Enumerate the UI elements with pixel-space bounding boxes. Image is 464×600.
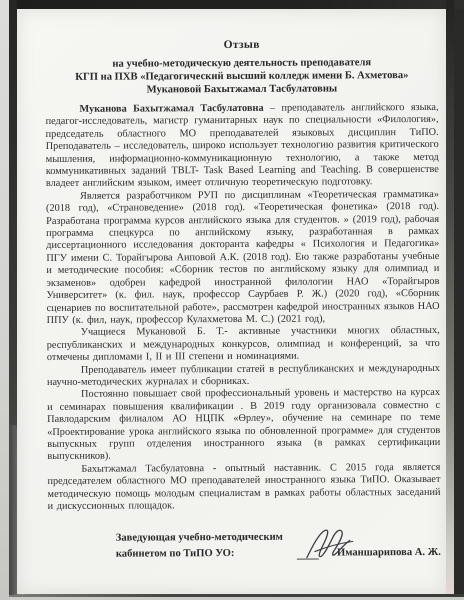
subtitle-line-3: Мукановой Бахытжамал Тасбулатовны: [45, 82, 438, 97]
document-body: Муканова Бахытжамал Тасбулатовна – препо…: [45, 102, 440, 513]
signature-field: [297, 528, 323, 562]
scan-edge-left-light: [0, 0, 9, 600]
paragraph-training: Постоянно повышает свой профессиональный…: [47, 387, 440, 463]
signature-block: Заведующая учебно-методическим кабинетом…: [116, 527, 441, 563]
scan-edge-right-dark: [446, 0, 454, 600]
subtitle-line-2: КГП на ПХВ «Педагогический высший коллед…: [45, 69, 438, 84]
paragraph-intro-text: – преподаватель английского языка, педаг…: [46, 102, 439, 189]
scan-edge-right-light: [454, 0, 464, 600]
paragraph-mentorship: Бахытжамал Тасбулатовна - опытный настав…: [47, 462, 440, 514]
paragraph-curricula: Является разработчиком РУП по дисциплина…: [46, 189, 440, 328]
handwritten-signature-icon: [303, 528, 359, 562]
document-content: Отзыв на учебно-методическую деятельност…: [17, 9, 446, 564]
paragraph-publications: Преподаватель имеет публикации статей в …: [47, 362, 440, 389]
document-title: Отзыв: [45, 38, 438, 53]
scanned-document: Отзыв на учебно-методическую деятельност…: [0, 0, 464, 600]
signatory-role-line-1: Заведующая учебно-методическим: [116, 530, 283, 547]
document-page: Отзыв на учебно-методическую деятельност…: [17, 9, 446, 594]
paragraph-students: Учащиеся Мукановой Б. Т.- активные участ…: [47, 325, 440, 364]
document-subtitle: на учебно-методическую деятельность преп…: [45, 56, 438, 97]
signatory-role-line-2: кабинетом по ТиПО УО:: [116, 546, 283, 563]
paragraph-intro: Муканова Бахытжамал Тасбулатовна – препо…: [45, 102, 438, 191]
signatory-role: Заведующая учебно-методическим кабинетом…: [116, 530, 283, 563]
teacher-name-lead: Муканова Бахытжамал Тасбулатовна: [79, 103, 263, 115]
scan-edge-top: [9, 0, 464, 9]
